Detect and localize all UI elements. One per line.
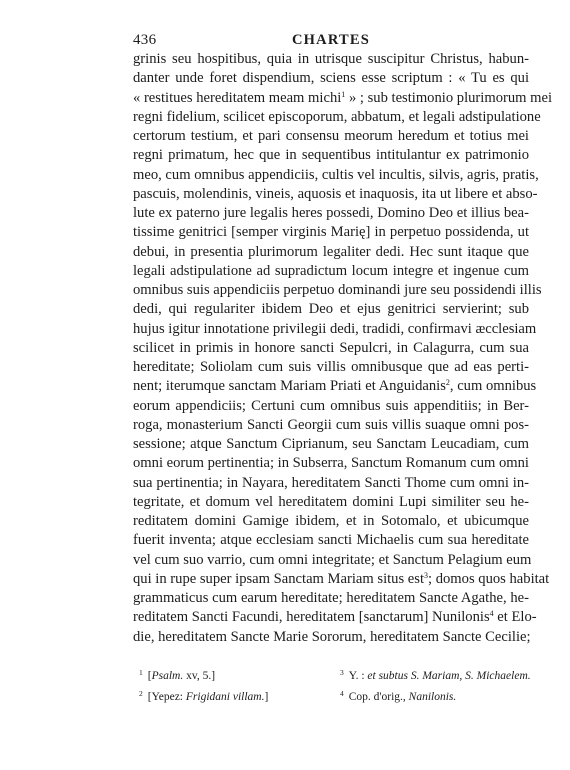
footnote-mark: 4 [340, 689, 344, 698]
text-line: omnibus suis appendiciis perpetuo domina… [133, 281, 529, 300]
text-line: roga, monasterium Sancti Georgii cum sui… [133, 416, 529, 435]
text-line: tegritate, et domum vel hereditatem domi… [133, 493, 529, 512]
text-line: fuerit inventa; atque ecclesiam sancti M… [133, 531, 529, 550]
footnotes-left-column: 1[Psalm. xv, 5.] 2[Yepez: Frigidani vill… [139, 664, 268, 706]
footnotes: 1[Psalm. xv, 5.] 2[Yepez: Frigidani vill… [133, 664, 529, 704]
text-line: qui in rupe super ipsam Sanctam Mariam s… [133, 570, 529, 589]
text-line: vel cum suo varrio, cum omni integritate… [133, 551, 529, 570]
footnote-2: 2[Yepez: Frigidani villam.] [139, 685, 268, 706]
text-line: hujus igitur innotatione privilegii dedi… [133, 320, 529, 339]
text-line: sessione; atque Sanctum Ciprianum, seu S… [133, 435, 529, 454]
text-line: omni eorum pertinentia; in Subserra, San… [133, 454, 529, 473]
footnote-1: 1[Psalm. xv, 5.] [139, 664, 268, 685]
footnote-mark: 1 [139, 668, 143, 677]
text-line: reditatem domini Gamige ibidem, et in So… [133, 512, 529, 531]
running-title: CHARTES [133, 30, 529, 50]
document-page: 436 CHARTES grinis seu hospitibus, quia … [133, 30, 529, 704]
footnote-mark: 3 [340, 668, 344, 677]
text-line: certorum testium, et pari consensu meoru… [133, 127, 529, 146]
text-line: grinis seu hospitibus, quia in utrisque … [133, 50, 529, 69]
text-line: legali adstipulatione ad supradictum loc… [133, 262, 529, 281]
text-line: lute ex paterno jure legalis heres posse… [133, 204, 529, 223]
footnote-3: 3Y. : et subtus S. Mariam, S. Michaelem. [340, 664, 531, 685]
footnotes-right-column: 3Y. : et subtus S. Mariam, S. Michaelem.… [340, 664, 531, 706]
text-line: die, hereditatem Sancte Marie Sororum, h… [133, 628, 529, 647]
text-line: pascuis, molendinis, vineis, aquosis et … [133, 185, 529, 204]
text-line: scilicet in primis in honore sancti Sepu… [133, 339, 529, 358]
text-line: sua pertinentia; in Nayara, hereditatem … [133, 474, 529, 493]
text-line: regni fidelium, scilicet episcoporum, ab… [133, 108, 529, 127]
body-text: grinis seu hospitibus, quia in utrisque … [133, 50, 529, 647]
running-head: 436 CHARTES [133, 30, 529, 50]
text-line: tissime genitrici [semper virginis Marię… [133, 223, 529, 242]
footnote-mark: 2 [139, 689, 143, 698]
text-line: debui, in presentia plurimorum legaliter… [133, 243, 529, 262]
text-line: regni primatum, hec que in sequentibus i… [133, 146, 529, 165]
text-line: meo, cum omnibus appendiciis, cultis vel… [133, 166, 529, 185]
text-line: eorum appendiciis; Certuni cum omnibus s… [133, 397, 529, 416]
text-line: « restitues hereditatem meam michi1 » ; … [133, 89, 529, 108]
text-line: dedi, qui regulariter ibidem Deo et ejus… [133, 300, 529, 319]
text-line: danter unde foret dispendium, sciens ess… [133, 69, 529, 88]
footnote-4: 4Cop. d'orig., Nanilonis. [340, 685, 531, 706]
text-line: hereditate; Soliolam cum suis villis omn… [133, 358, 529, 377]
text-line: grammaticus cum earum hereditate; heredi… [133, 589, 529, 608]
text-line: nent; iterumque sanctam Mariam Priati et… [133, 377, 529, 396]
text-line: reditatem Sancti Facundi, hereditatem [s… [133, 608, 529, 627]
